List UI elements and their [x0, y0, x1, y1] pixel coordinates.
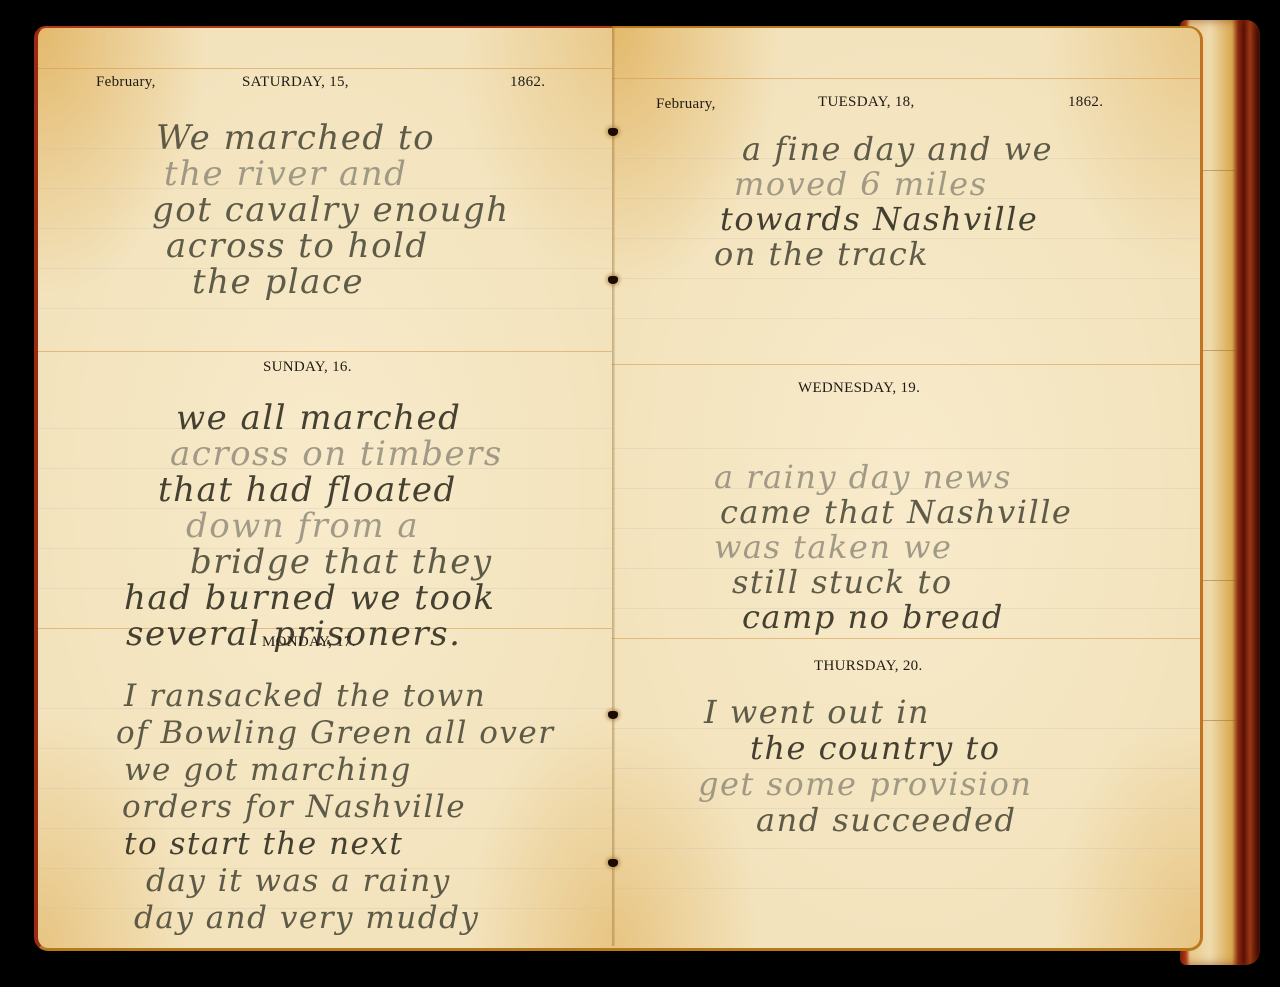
- entry-line: we got marching: [124, 752, 555, 789]
- entry-line: across to hold: [166, 228, 510, 264]
- day-heading-wednesday: WEDNESDAY, 19.: [798, 380, 920, 397]
- header-year: 1862.: [1068, 94, 1103, 111]
- entry-line: the place: [192, 264, 510, 300]
- binding-hole: [608, 276, 618, 284]
- entry-line: to start the next: [124, 826, 555, 863]
- entry-line: towards Nashville: [720, 202, 1053, 237]
- binding-hole: [608, 711, 618, 719]
- entry-line: a fine day and we: [742, 132, 1053, 167]
- entry-line: had burned we took: [124, 580, 503, 616]
- diary-entry-thursday: I went out in the country to get some pr…: [704, 694, 1032, 838]
- entry-line: on the track: [714, 237, 1053, 272]
- entry-line: I went out in: [704, 694, 1032, 730]
- entry-line: we all marched: [176, 400, 503, 436]
- entry-line: a rainy day news: [714, 460, 1072, 495]
- left-page: February, SATURDAY, 15, 1862. We marched…: [34, 26, 616, 951]
- diary-entry-wednesday: a rainy day news came that Nashville was…: [714, 460, 1072, 635]
- right-page: February, TUESDAY, 18, 1862. a fine day …: [612, 26, 1203, 951]
- day-heading-monday: MONDAY, 17.: [262, 634, 356, 651]
- entry-line: that had floated: [158, 472, 503, 508]
- diary-entry-monday: I ransacked the town of Bowling Green al…: [124, 678, 555, 937]
- entry-line: was taken we: [714, 530, 1072, 565]
- binding-hole: [608, 859, 618, 867]
- day-heading-thursday: THURSDAY, 20.: [814, 658, 923, 675]
- entry-line: We marched to: [156, 120, 510, 156]
- entry-line: day and very muddy: [134, 900, 555, 937]
- entry-line: down from a: [186, 508, 503, 544]
- entry-line: the country to: [750, 730, 1032, 766]
- entry-line: of Bowling Green all over: [116, 715, 555, 752]
- entry-line: camp no bread: [742, 600, 1072, 635]
- entry-line: and succeeded: [756, 802, 1032, 838]
- book-gutter: [612, 26, 615, 946]
- entry-line: bridge that they: [190, 544, 503, 580]
- entry-line: I ransacked the town: [124, 678, 555, 715]
- entry-line: across on timbers: [170, 436, 503, 472]
- day-heading-sunday: SUNDAY, 16.: [263, 359, 352, 376]
- header-month: February,: [96, 74, 156, 91]
- diary-entry-sunday: we all marched across on timbers that ha…: [158, 400, 503, 652]
- entry-line: still stuck to: [732, 565, 1072, 600]
- header-year: 1862.: [510, 74, 545, 91]
- entry-line: day it was a rainy: [146, 863, 555, 900]
- header-month: February,: [656, 96, 716, 113]
- entry-line: orders for Nashville: [122, 789, 555, 826]
- entry-line: get some provision: [698, 766, 1032, 802]
- day-heading-saturday: SATURDAY, 15,: [242, 74, 349, 91]
- entry-line: came that Nashville: [720, 495, 1072, 530]
- entry-line: got cavalry enough: [152, 192, 510, 228]
- entry-line: moved 6 miles: [734, 167, 1053, 202]
- diary-photo: February, SATURDAY, 15, 1862. We marched…: [0, 0, 1280, 987]
- day-heading-tuesday: TUESDAY, 18,: [818, 94, 915, 111]
- diary-entry-saturday: We marched to the river and got cavalry …: [156, 120, 510, 300]
- entry-line: the river and: [164, 156, 510, 192]
- binding-hole: [608, 128, 618, 136]
- diary-entry-tuesday: a fine day and we moved 6 miles towards …: [720, 132, 1053, 272]
